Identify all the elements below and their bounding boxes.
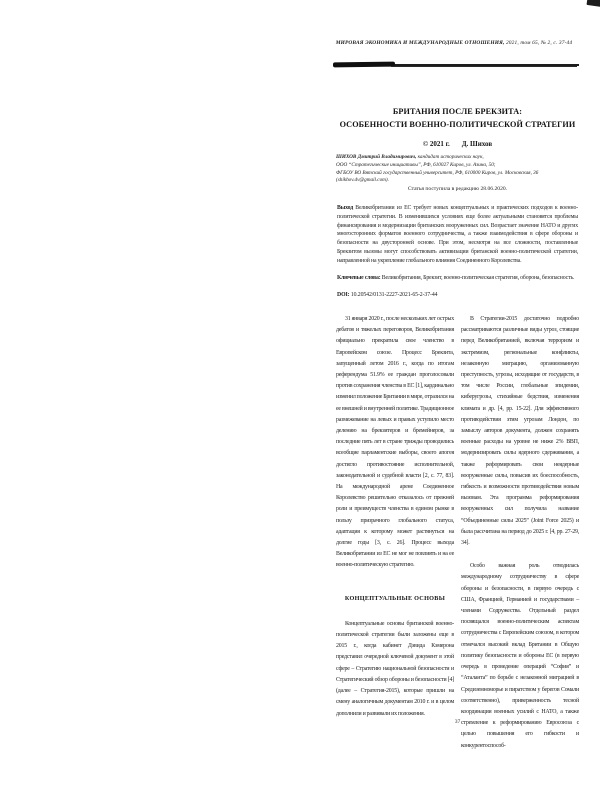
received-date-line: Статья поступила в редакцию 28.06.2020. (336, 186, 579, 192)
page-number: 37 (336, 719, 579, 725)
journal-name: МИРОВАЯ ЭКОНОМИКА И МЕЖДУНАРОДНЫЕ ОТНОШЕ… (336, 40, 505, 46)
doi-value: 10.20542/0131-2227-2021-65-2-37-44 (349, 292, 437, 298)
header-divider-rule (333, 64, 579, 66)
keywords-line: Ключевые слова: Великобритания, Брекзит,… (337, 274, 578, 283)
abstract-body: Великобритании из ЕС требует новых конце… (337, 205, 578, 264)
author-surname: ШИХОВ Дмитрий Владимирович, (336, 154, 416, 160)
section-heading: КОНЦЕПТУАЛЬНЫЕ ОСНОВЫ (336, 593, 454, 604)
author-degree: кандидат исторических наук, (416, 154, 483, 160)
doi-label: DOI: (337, 292, 349, 298)
paragraph: 31 января 2020 г., после нескольких лет … (336, 314, 454, 572)
paragraph: В Стратегии-2015 достаточно подробно рас… (461, 314, 579, 549)
doi-line: DOI: 10.20542/0131-2227-2021-65-2-37-44 (337, 292, 578, 298)
byline: © 2021 г.Д. Шихов (336, 140, 579, 148)
body-columns: 31 января 2020 г., после нескольких лет … (336, 314, 579, 752)
article-title-line1: БРИТАНИЯ ПОСЛЕ БРЕКЗИТА: (336, 105, 579, 118)
author-name: Д. Шихов (462, 140, 492, 148)
body-column-left: 31 января 2020 г., после нескольких лет … (336, 314, 454, 752)
affiliation-line: ООО “Стратегические инициативы”, РФ, 610… (336, 162, 579, 170)
abstract-text: Выход Великобритании из ЕС требует новых… (337, 204, 578, 266)
article-title: БРИТАНИЯ ПОСЛЕ БРЕКЗИТА: ОСОБЕННОСТИ ВОЕ… (336, 105, 579, 131)
body-column-right: В Стратегии-2015 достаточно подробно рас… (461, 314, 579, 752)
affiliation-line: ФГБОУ ВО Вятский государственный универс… (336, 170, 579, 186)
copyright-year: © 2021 г. (423, 140, 450, 148)
paragraph: Концептуальные основы британской военно-… (336, 619, 454, 720)
scan-smudge-artifact (587, 0, 600, 7)
article-title-line2: ОСОБЕННОСТИ ВОЕННО-ПОЛИТИЧЕСКОЙ СТРАТЕГИ… (336, 118, 579, 131)
journal-issue-info: 2021, том 65, № 2, с. 37-44 (504, 40, 572, 46)
scanned-article-page: МИРОВАЯ ЭКОНОМИКА И МЕЖДУНАРОДНЫЕ ОТНОШЕ… (0, 0, 600, 800)
keywords-label: Ключевые слова: (337, 275, 380, 281)
abstract-lead-word: Выход (337, 205, 353, 211)
journal-header: МИРОВАЯ ЭКОНОМИКА И МЕЖДУНАРОДНЫЕ ОТНОШЕ… (326, 40, 582, 46)
keywords-text: Великобритания, Брекзит, военно-политиче… (380, 275, 574, 281)
affiliation-line: ШИХОВ Дмитрий Владимирович, кандидат ист… (336, 154, 579, 162)
affiliation-block: ШИХОВ Дмитрий Владимирович, кандидат ист… (336, 154, 579, 185)
